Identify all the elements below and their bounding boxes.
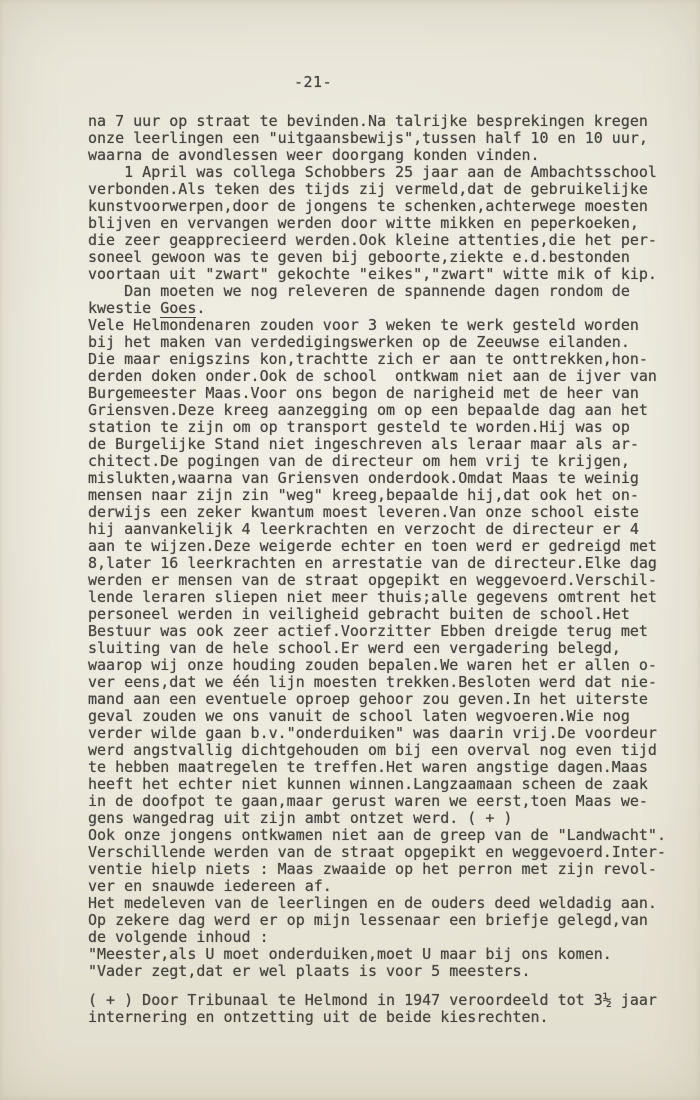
text-line: aan te wijzen.Deze weigerde echter en to…: [88, 538, 688, 555]
text-line: Dan moeten we nog releveren de spannende…: [88, 283, 688, 300]
text-line: station te zijn om op transport gesteld …: [88, 419, 688, 436]
text-line: derwijs een zeker kwantum moest leveren.…: [88, 504, 688, 521]
document-body: na 7 uur op straat te bevinden.Na talrij…: [88, 113, 688, 1026]
footnote: ( + ) Door Tribunaal te Helmond in 1947 …: [88, 992, 688, 1026]
text-line: de Burgelijke Stand niet ingeschreven al…: [88, 436, 688, 453]
text-line: 8,later 16 leerkrachten en arrestatie va…: [88, 555, 688, 572]
text-line: verbonden.Als teken des tijds zij vermel…: [88, 181, 688, 198]
text-line: sluiting van de hele school.Er werd een …: [88, 640, 688, 657]
text-line: na 7 uur op straat te bevinden.Na talrij…: [88, 113, 688, 130]
text-line: lende leraren sliepen niet meer thuis;al…: [88, 589, 688, 606]
text-line: kunstvoorwerpen,door de jongens te schen…: [88, 198, 688, 215]
text-line: 1 April was collega Schobbers 25 jaar aa…: [88, 164, 688, 181]
text-line: die zeer geapprecieerd werden.Ook kleine…: [88, 232, 688, 249]
text-line: Het medeleven van de leerlingen en de ou…: [88, 895, 688, 912]
text-line: internering en ontzetting uit de beide k…: [88, 1009, 688, 1026]
text-line: Op zekere dag werd er op mijn lessenaar …: [88, 912, 688, 929]
text-line: mislukten,waarna van Griensven onderdook…: [88, 470, 688, 487]
text-line: in de doofpot te gaan,maar gerust waren …: [88, 793, 688, 810]
page-number: -21-: [294, 74, 332, 91]
text-line: de volgende inhoud :: [88, 929, 688, 946]
text-line: ventie hielp niets : Maas zwaaide op het…: [88, 861, 688, 878]
text-line: Ook onze jongens ontkwamen niet aan de g…: [88, 827, 688, 844]
text-line: bij het maken van verdedigingswerken op …: [88, 334, 688, 351]
text-line: werd angstvallig dichtgehouden om bij ee…: [88, 742, 688, 759]
text-line: mensen naar zijn zin "weg" kreeg,bepaald…: [88, 487, 688, 504]
text-line: "Meester,als U moet onderduiken,moet U m…: [88, 946, 688, 963]
text-line: Burgemeester Maas.Voor ons begon de nari…: [88, 385, 688, 402]
text-line: werden er mensen van de straat opgepikt …: [88, 572, 688, 589]
text-line: waarop wij onze houding zouden bepalen.W…: [88, 657, 688, 674]
text-line: "Vader zegt,dat er wel plaats is voor 5 …: [88, 963, 688, 980]
text-line: personeel werden in veiligheid gebracht …: [88, 606, 688, 623]
text-line: onze leerlingen een "uitgaansbewijs",tus…: [88, 130, 688, 147]
text-line: geval zouden we ons vanuit de school lat…: [88, 708, 688, 725]
document-page: -21- na 7 uur op straat te bevinden.Na t…: [0, 0, 700, 1100]
text-line: voortaan uit "zwart" gekochte "eikes","z…: [88, 266, 688, 283]
text-line: soneel gewoon was te geven bij geboorte,…: [88, 249, 688, 266]
body-text: na 7 uur op straat te bevinden.Na talrij…: [88, 113, 688, 980]
text-line: Griensven.Deze kreeg aanzegging om op ee…: [88, 402, 688, 419]
text-line: waarna de avondlessen weer doorgang kond…: [88, 147, 688, 164]
text-line: te hebben maatregelen te treffen.Het war…: [88, 759, 688, 776]
text-line: kwestie Goes.: [88, 300, 688, 317]
text-line: Bestuur was ook zeer actief.Voorzitter E…: [88, 623, 688, 640]
text-line: heeft het echter niet kunnen winnen.Lang…: [88, 776, 688, 793]
text-line: verder wilde gaan b.v."onderduiken" was …: [88, 725, 688, 742]
text-line: blijven en vervangen werden door witte m…: [88, 215, 688, 232]
text-line: chitect.De pogingen van de directeur om …: [88, 453, 688, 470]
text-line: derden doken onder.Ook de school ontkwam…: [88, 368, 688, 385]
text-line: ver eens,dat we één lijn moesten trekken…: [88, 674, 688, 691]
text-line: mand aan een eventuele oproep gehoor zou…: [88, 691, 688, 708]
text-line: Die maar enigszins kon,trachtte zich er …: [88, 351, 688, 368]
text-line: Verschillende werden van de straat opgep…: [88, 844, 688, 861]
text-line: hij aanvankelijk 4 leerkrachten en verzo…: [88, 521, 688, 538]
text-line: gens wangedrag uit zijn ambt ontzet werd…: [88, 810, 688, 827]
text-line: ( + ) Door Tribunaal te Helmond in 1947 …: [88, 992, 688, 1009]
text-line: ver en snauwde iedereen af.: [88, 878, 688, 895]
text-line: Vele Helmondenaren zouden voor 3 weken t…: [88, 317, 688, 334]
